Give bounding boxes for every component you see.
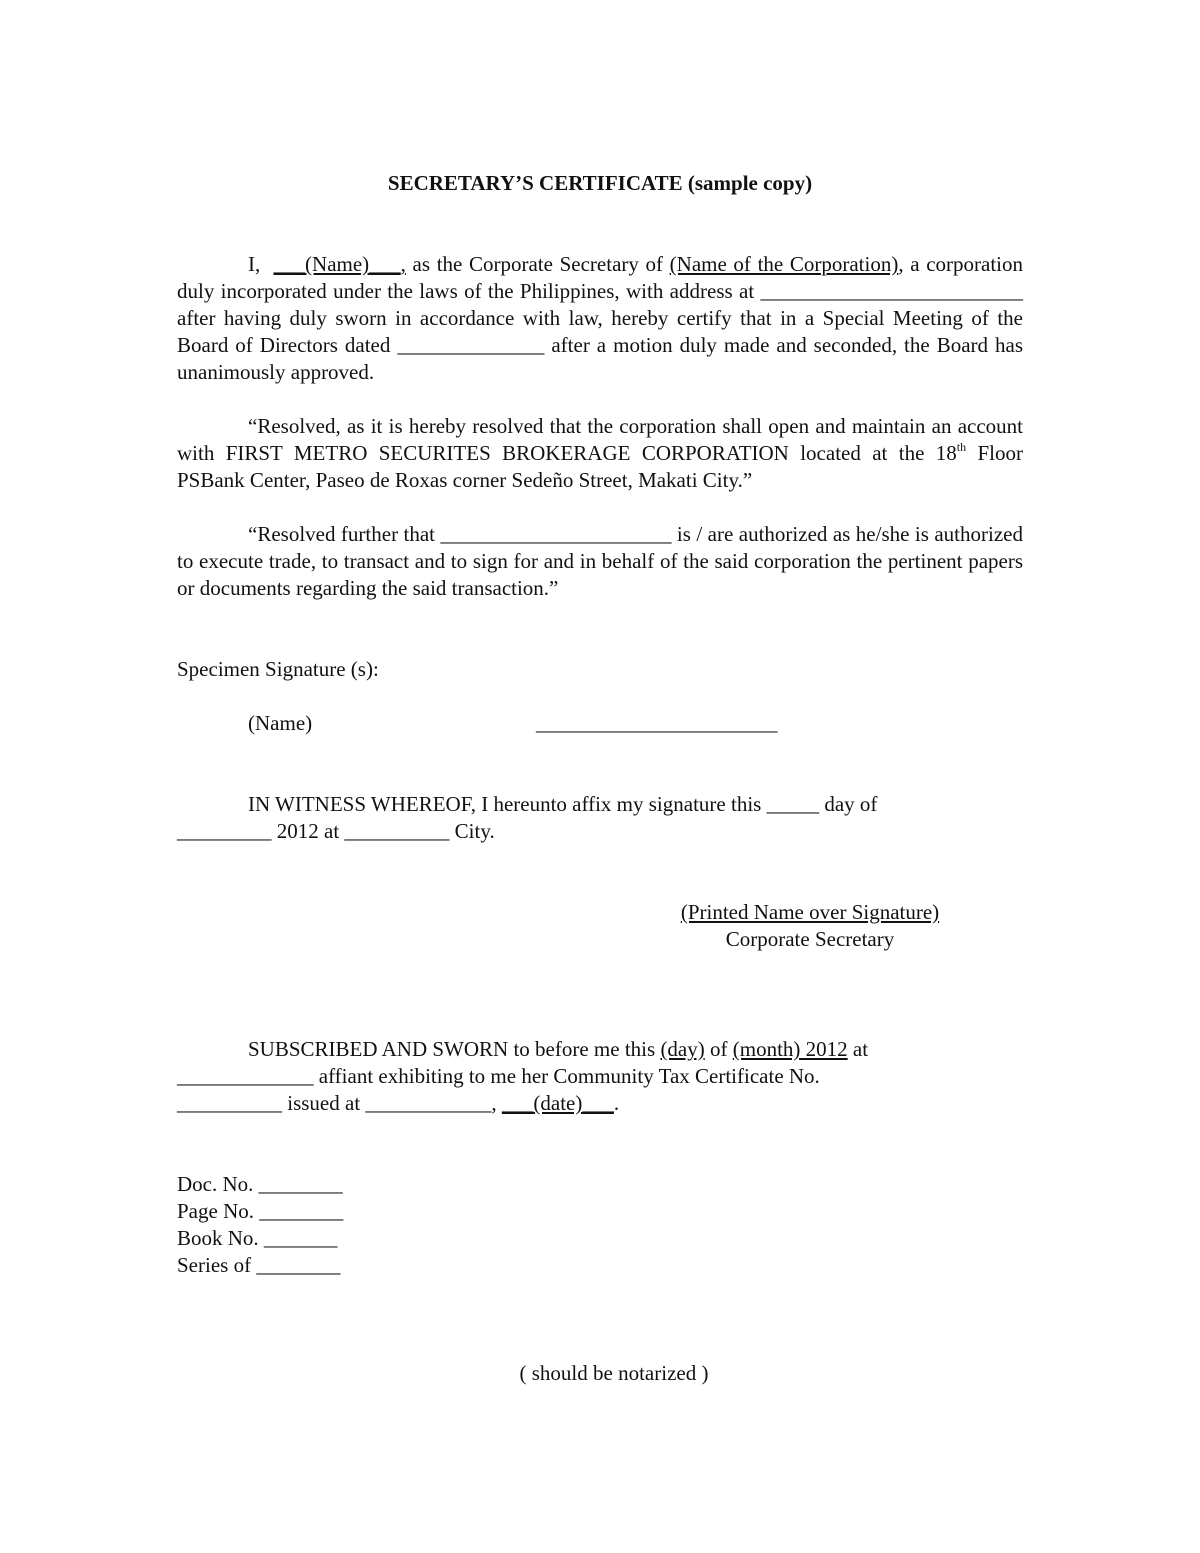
ordinal-superscript: th [957,440,966,454]
witness-line-2: _________ 2012 at __________ City. [177,818,495,845]
signature-block: (Printed Name over Signature) Corporate … [640,899,980,953]
paragraph-resolution-authorized: “Resolved further that _________________… [177,521,1023,602]
blank: ___ [582,1091,614,1115]
lead-text: I, [248,252,260,276]
notarization-note: ( should be notarized ) [0,1360,1200,1387]
paragraph-text: “Resolved, as it is hereby resolved that… [177,414,1023,465]
jurat-date-placeholder: (date) [533,1091,582,1115]
paragraph-resolution-account: “Resolved, as it is hereby resolved that… [177,413,1023,494]
signatory-position: Corporate Secretary [640,926,980,953]
blank: ___ [274,252,306,276]
address-blank: _________________________ [761,279,1024,303]
witness-text: City. [449,819,494,843]
issued-at-blank: ____________ [365,1091,491,1115]
corporation-name-placeholder: (Name of the Corporation) [670,252,899,276]
page-number-line: Page No. ________ [177,1198,343,1225]
jurat-text: of [705,1037,733,1061]
document-title: SECRETARY’S CERTIFICATE (sample copy) [0,171,1200,196]
book-number-line: Book No. _______ [177,1225,337,1252]
specimen-signature-label: Specimen Signature (s): [177,656,379,683]
witness-line-1: IN WITNESS WHEREOF, I hereunto affix my … [248,791,877,818]
authorized-person-blank: ______________________ [440,522,671,546]
document-page: SECRETARY’S CERTIFICATE (sample copy) I,… [0,0,1200,1553]
jurat-line-2: _____________ affiant exhibiting to me h… [177,1063,820,1090]
jurat-day-placeholder: (day) [660,1037,704,1061]
series-line: Series of ________ [177,1252,340,1279]
jurat-line-3: __________ issued at ____________, ___(d… [177,1090,619,1117]
jurat-date-field: ___(date)___ [502,1091,614,1115]
witness-text: IN WITNESS WHEREOF, I hereunto affix my … [248,792,767,816]
jurat-text: , [491,1091,502,1115]
paragraph-text: as the Corporate Secretary of [406,252,670,276]
jurat-text: SUBSCRIBED AND SWORN to before me this [248,1037,660,1061]
meeting-date-blank: ______________ [397,333,544,357]
jurat-text: affiant exhibiting to me her Community T… [314,1064,820,1088]
jurat-line-1: SUBSCRIBED AND SWORN to before me this (… [248,1036,868,1063]
doc-number-line: Doc. No. ________ [177,1171,343,1198]
witness-text: 2012 at [272,819,345,843]
witness-month-blank: _________ [177,819,272,843]
witness-text: day of [819,792,877,816]
jurat-place-blank: _____________ [177,1064,314,1088]
jurat-text: at [848,1037,868,1061]
blank: ___ [502,1091,534,1115]
blank: ___ [369,252,401,276]
jurat-text: . [614,1091,619,1115]
printed-name-placeholder: (Printed Name over Signature) [640,899,980,926]
ctc-number-blank: __________ [177,1091,282,1115]
witness-day-blank: _____ [767,792,820,816]
jurat-month-placeholder: (month) 2012 [733,1037,848,1061]
paragraph-certification: I, ___(Name)___, as the Corporate Secret… [177,251,1023,386]
name-placeholder: (Name) [305,252,369,276]
paragraph-text: “Resolved further that [248,522,440,546]
witness-city-blank: __________ [344,819,449,843]
specimen-name-placeholder: (Name) [248,710,312,737]
secretary-name-field: ___(Name)___, [274,252,406,276]
title-text: SECRETARY’S CERTIFICATE (sample copy) [388,171,812,195]
jurat-text: issued at [282,1091,365,1115]
specimen-signature-line: _______________________ [536,710,778,737]
